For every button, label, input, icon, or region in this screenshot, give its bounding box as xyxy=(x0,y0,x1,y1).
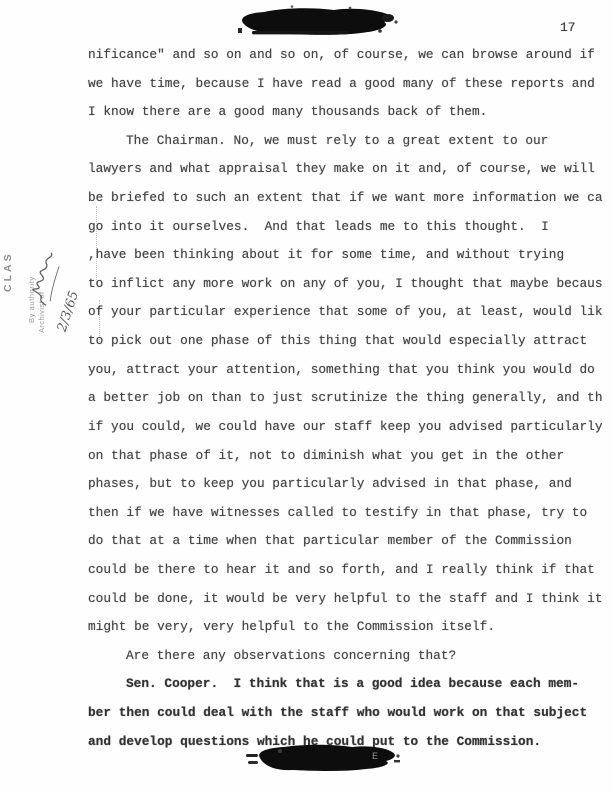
text-line: lawyers and what appraisal they make on … xyxy=(88,161,608,190)
text-line: to inflict any more work on any of you, … xyxy=(88,276,608,305)
redaction-mark-top xyxy=(230,4,402,42)
text-line: ber then could deal with the staff who w… xyxy=(88,705,608,734)
text-line: a better job on than to just scrutinize … xyxy=(88,390,608,419)
document-page: 17 CLAS By authority Archivist of 2/3/65… xyxy=(0,0,612,791)
text-line: do that at a time when that particular m… xyxy=(88,533,608,562)
text-line: you, attract your attention, something t… xyxy=(88,362,608,391)
text-line: we have time, because I have read a good… xyxy=(88,76,608,105)
text-line: be briefed to such an extent that if we … xyxy=(88,190,608,219)
text-line: of your particular experience that some … xyxy=(88,304,608,333)
redaction-edge-character: E xyxy=(372,752,378,763)
body-text: nificance" and so on and so on, of cours… xyxy=(88,47,608,762)
page-number: 17 xyxy=(560,20,576,35)
text-line: The Chairman. No, we must rely to a grea… xyxy=(88,133,608,162)
text-line: could be done, it would be very helpful … xyxy=(88,591,608,620)
text-line: Sen. Cooper. I think that is a good idea… xyxy=(88,676,608,705)
text-line: if you could, we could have our staff ke… xyxy=(88,419,608,448)
text-line: phases, but to keep you particularly adv… xyxy=(88,476,608,505)
text-line: then if we have witnesses called to test… xyxy=(88,505,608,534)
text-line: Are there any observations concerning th… xyxy=(88,648,608,677)
text-line: to pick out one phase of this thing that… xyxy=(88,333,608,362)
text-line: I know there are a good many thousands b… xyxy=(88,104,608,133)
text-line: could be there to hear it and so forth, … xyxy=(88,562,608,591)
text-line: might be very, very helpful to the Commi… xyxy=(88,619,608,648)
declassification-stamp-line1: CLAS xyxy=(2,182,14,292)
text-line: on that phase of it, not to diminish wha… xyxy=(88,448,608,477)
text-line: ,have been thinking about it for some ti… xyxy=(88,247,608,276)
text-line: nificance" and so on and so on, of cours… xyxy=(88,47,608,76)
redaction-mark-bottom xyxy=(244,740,406,776)
text-line: go into it ourselves. And that leads me … xyxy=(88,219,608,248)
